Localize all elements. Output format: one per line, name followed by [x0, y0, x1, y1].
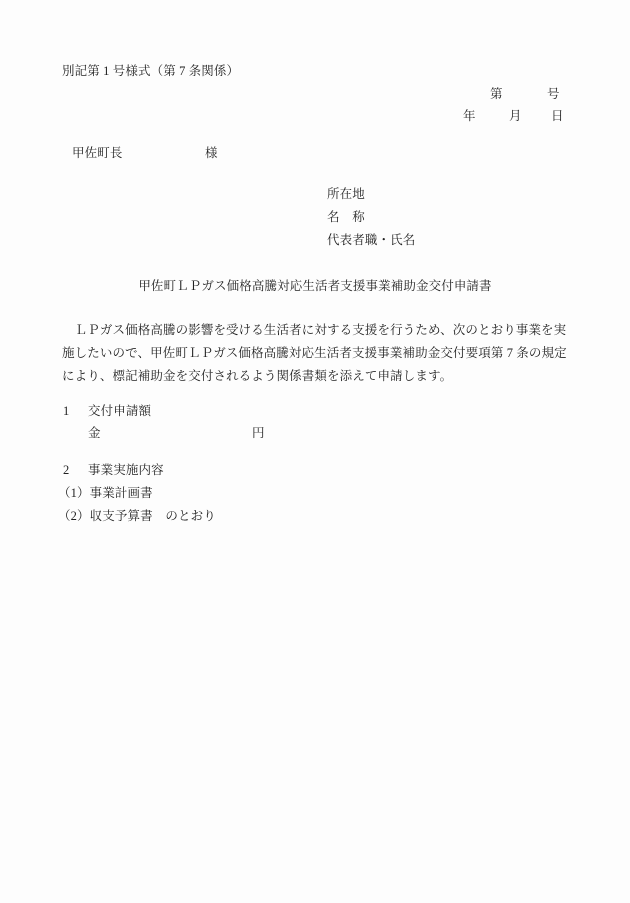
applicant-representative-label: 代表者職・氏名: [327, 233, 415, 249]
section2-item: （2）収支予算書 のとおり: [58, 509, 216, 525]
addressee-honorific: 様: [205, 146, 218, 162]
application-form-page: 別記第 1 号様式（第 7 条関係） 第 号 年 月 日 甲佐町長 様 所在地 …: [0, 0, 630, 903]
document-title: 甲佐町ＬＰガス価格高騰対応生活者支援事業補助金交付申請書: [0, 279, 630, 295]
body-paragraph-line: 施したいので、甲佐町ＬＰガス価格高騰対応生活者支援事業補助金交付要項第 7 条の…: [62, 346, 567, 362]
amount-suffix-label: 円: [252, 426, 265, 442]
date-month-label: 月: [509, 109, 522, 125]
addressee-name: 甲佐町長: [72, 146, 122, 162]
section1-number: 1: [63, 404, 69, 420]
doc-number-prefix: 第: [490, 87, 503, 103]
amount-prefix-label: 金: [88, 426, 101, 442]
section1-heading: 交付申請額: [88, 404, 151, 420]
applicant-name-label: 名 称: [327, 210, 365, 226]
section2-number: 2: [63, 463, 69, 479]
section2-heading: 事業実施内容: [88, 463, 164, 479]
doc-number-suffix: 号: [547, 87, 560, 103]
body-paragraph-line: により、標記補助金を交付されるよう関係書類を添えて申請します。: [62, 369, 452, 385]
form-style-label: 別記第 1 号様式（第 7 条関係）: [62, 64, 239, 80]
body-paragraph-line: ＬＰガス価格高騰の影響を受ける生活者に対する支援を行うため、次のとおり事業を実: [62, 323, 566, 339]
date-day-label: 日: [551, 109, 564, 125]
date-year-label: 年: [463, 109, 476, 125]
section2-item: （1）事業計画書: [58, 486, 153, 502]
applicant-address-label: 所在地: [327, 187, 365, 203]
